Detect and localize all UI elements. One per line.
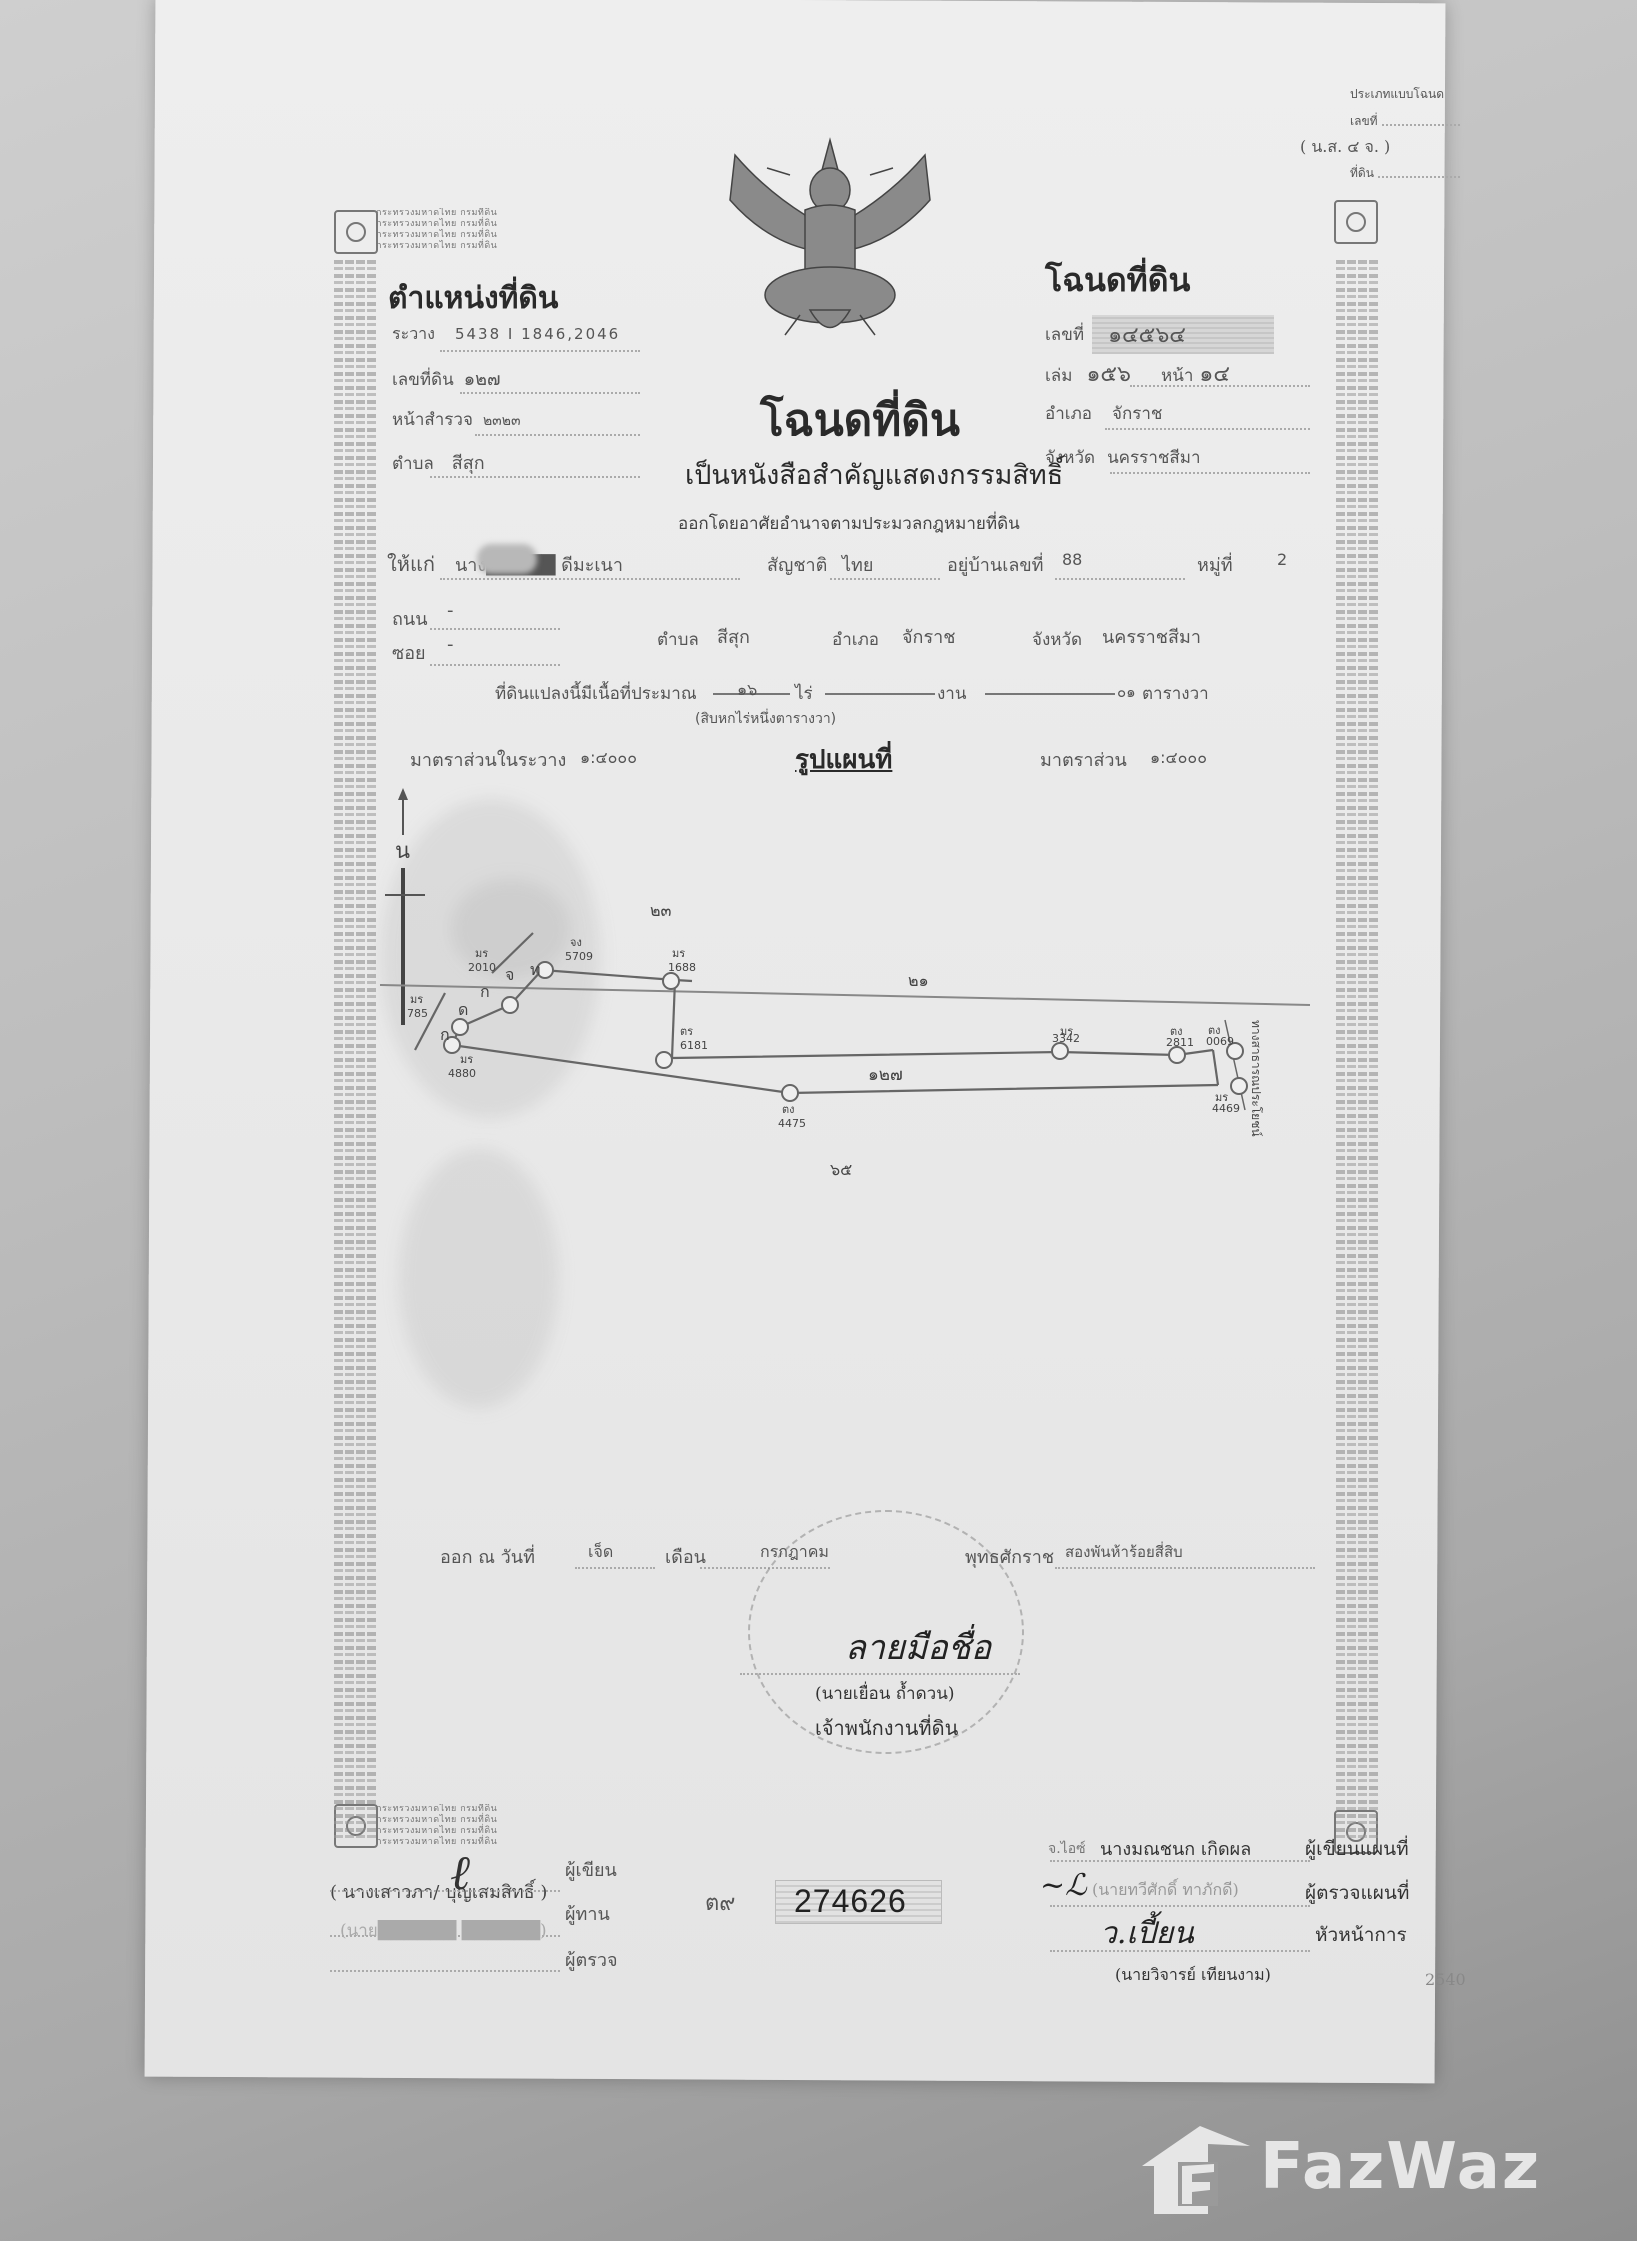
boundary-marker-icons xyxy=(444,962,1247,1101)
svg-text:ด: ด xyxy=(458,1000,468,1019)
parcel-map: น มร 2010 มร 785 มร 4880 จง 5709 มร 1688… xyxy=(380,780,1320,1240)
deed-fields: เลขที่ ๑๔๕๖๔ เล่ม ๑๕๖ หน้า ๑๔ อำเภอ จักร… xyxy=(1045,312,1315,488)
reader-role: ผู้ทาน xyxy=(565,1899,610,1928)
location-heading: ตำแหน่งที่ดิน xyxy=(388,275,558,322)
svg-text:3342: 3342 xyxy=(1052,1032,1080,1045)
moo-value: 2 xyxy=(1277,550,1287,569)
svg-text:785: 785 xyxy=(407,1007,428,1020)
mapper-prefix: จ.ไอซ์ xyxy=(1048,1838,1086,1860)
issuing-authority: ออกโดยอาศัยอำนาจตามประมวลกฎหมายที่ดิน xyxy=(678,510,1020,537)
deed-field-volume-page: เล่ม ๑๕๖ หน้า ๑๔ xyxy=(1045,356,1315,400)
deed-field-number: เลขที่ ๑๔๕๖๔ xyxy=(1045,312,1315,356)
svg-text:ตง: ตง xyxy=(782,1103,795,1116)
neighbor-east: ๒๑ xyxy=(908,971,929,990)
mapper-name: นางมณชนก เกิดผล xyxy=(1100,1834,1251,1863)
owner-district-value: จักราช xyxy=(902,622,955,651)
svg-text:มร: มร xyxy=(460,1053,473,1066)
location-field-sheet: ระวาง 5438 I 1846,2046 xyxy=(392,322,632,364)
document-subtitle: เป็นหนังสือสำคัญแสดงกรรมสิทธิ์ xyxy=(685,453,1063,496)
area-wa-value: ๐๑ xyxy=(1117,680,1136,704)
house-number-value: 88 xyxy=(1062,550,1082,569)
scale-value: ๑:๔๐๐๐ xyxy=(1150,746,1207,771)
survey-page-value: ๒๓๒๓ xyxy=(483,410,521,432)
corner-ornament-icon xyxy=(1334,200,1378,244)
bottom-left-signatures: ( นางเสาวภา/ บุญเสมสิทธิ์ ) ผู้เขียน (นา… xyxy=(330,1855,750,1985)
area-rai-value: ๑๖ xyxy=(737,678,757,703)
svg-text:ก: ก xyxy=(440,1025,450,1044)
svg-text:4880: 4880 xyxy=(448,1067,476,1080)
location-field-survey-page: หน้าสำรวจ ๒๓๒๓ xyxy=(392,406,632,448)
svg-text:ท: ท xyxy=(530,960,541,979)
svg-text:ตร: ตร xyxy=(680,1025,693,1038)
serial-number: 274626 xyxy=(794,1883,907,1920)
owner-subdistrict-value: สีสุก xyxy=(717,622,750,651)
svg-text:มร: มร xyxy=(672,947,685,960)
fazwaz-house-logo-icon xyxy=(1140,2118,1250,2218)
sheet-value: 5438 I 1846,2046 xyxy=(455,325,620,343)
writer-signature: ℓ xyxy=(450,1845,470,1901)
deed-field-province: จังหวัด นครราชสีมา xyxy=(1045,444,1315,488)
map-checker-role: ผู้ตรวจแผนที่ xyxy=(1305,1878,1409,1908)
form-type-label: ประเภทแบบโฉนด xyxy=(1350,85,1460,104)
svg-text:ก: ก xyxy=(480,982,490,1001)
subdistrict-value: สีสุก xyxy=(452,448,485,477)
reader-name: (นาย██████ ██████) xyxy=(340,1917,547,1944)
area-in-words: (สิบหกไร่หนึ่งตารางวา) xyxy=(695,708,836,730)
owner-province-value: นครราชสีมา xyxy=(1102,622,1201,651)
officer-name: (นายเยื่อน ถ้ำดวน) xyxy=(815,1680,954,1707)
stamp-year: 2540 xyxy=(1425,1970,1466,1989)
svg-text:4469: 4469 xyxy=(1212,1102,1240,1115)
bottom-right-signatures: จ.ไอซ์ นางมณชนก เกิดผล ผู้เขียนแผนที่ ~ℒ… xyxy=(1040,1820,1460,2000)
parcel-no-value: ๑๒๗ xyxy=(464,364,501,393)
area-row: ที่ดินแปลงนี้มีเนื้อที่ประมาณ ๑๖ ไร่ งาน… xyxy=(495,680,1255,740)
scale-row: มาตราส่วนในระวาง ๑:๔๐๐๐ รูปแผนที่ มาตราส… xyxy=(410,745,1290,785)
nationality-value: ไทย xyxy=(842,550,873,579)
volume-value: ๑๕๖ xyxy=(1086,356,1131,391)
svg-text:0069: 0069 xyxy=(1206,1035,1234,1048)
svg-text:5709: 5709 xyxy=(565,950,593,963)
svg-text:4475: 4475 xyxy=(778,1117,806,1130)
head-role: หัวหน้าการ xyxy=(1315,1920,1407,1950)
svg-text:มร: มร xyxy=(410,993,423,1006)
officer-title: เจ้าพนักงานที่ดิน xyxy=(815,1712,958,1744)
svg-text:1688: 1688 xyxy=(668,961,696,974)
garuda-emblem-icon xyxy=(705,130,955,345)
deed-field-district: อำเภอ จักราช xyxy=(1045,400,1315,444)
form-number-label: เลขที่ xyxy=(1350,112,1378,131)
address-rows: ถนน - ซอย - ตำบล สีสุก อำเภอ จักราช จังห… xyxy=(392,604,1292,664)
document-title: โฉนดที่ดิน xyxy=(760,385,960,455)
svg-text:2811: 2811 xyxy=(1166,1036,1194,1049)
road-value: - xyxy=(447,600,454,621)
svg-text:6181: 6181 xyxy=(680,1039,708,1052)
map-checker-signature: ~ℒ xyxy=(1040,1868,1087,1903)
mapper-role: ผู้เขียนแผนที่ xyxy=(1305,1834,1409,1864)
location-fields: ระวาง 5438 I 1846,2046 เลขที่ดิน ๑๒๗ หน้… xyxy=(392,322,632,490)
road-label: ทางสาธารณประโยชน์ xyxy=(1249,1020,1263,1137)
province-value: นครราชสีมา xyxy=(1107,444,1200,471)
map-section-title: รูปแผนที่ xyxy=(795,739,892,780)
map-scale-value: ๑:๔๐๐๐ xyxy=(580,746,637,771)
fazwaz-watermark: FazWaz xyxy=(1140,2110,1620,2220)
svg-text:จ: จ xyxy=(505,965,514,984)
deed-heading: โฉนดที่ดิน xyxy=(1045,255,1190,306)
head-name: (นายวิจารย์ เทียนงาม) xyxy=(1115,1963,1271,1988)
fazwaz-brand-text: FazWaz xyxy=(1260,2130,1541,2204)
writer-role: ผู้เขียน xyxy=(565,1855,617,1884)
form-land-label: ที่ดิน xyxy=(1350,164,1374,183)
border-pattern-left xyxy=(334,260,378,1840)
serial-number-box: 274626 xyxy=(775,1880,942,1924)
deed-number-value: ๑๔๕๖๔ xyxy=(1092,315,1274,354)
form-code: ( น.ส. ๔ จ. ) xyxy=(1300,135,1460,160)
issue-day-value: เจ็ด xyxy=(588,1540,613,1565)
owner-row: ให้แก่ นาง█████ ดีมะเนา สัญชาติ ไทย อยู่… xyxy=(387,548,1287,588)
soi-value: - xyxy=(447,634,454,655)
parcel-number: ๑๒๗ xyxy=(868,1065,903,1085)
checker-role: ผู้ตรวจ xyxy=(565,1945,618,1974)
neighbor-north: ๒๓ xyxy=(650,901,672,920)
serial-prefix: ต๙ xyxy=(705,1885,735,1920)
form-code-box: ประเภทแบบโฉนด เลขที่ ( น.ส. ๔ จ. ) ที่ดิ… xyxy=(1300,85,1460,183)
svg-text:มร: มร xyxy=(475,947,488,960)
location-field-parcel-no: เลขที่ดิน ๑๒๗ xyxy=(392,364,632,406)
north-arrow-icon xyxy=(385,788,425,1025)
location-field-subdistrict: ตำบล สีสุก xyxy=(392,448,632,490)
corner-ornament-icon xyxy=(334,210,378,254)
svg-text:จง: จง xyxy=(570,936,582,949)
district-value: จักราช xyxy=(1112,400,1162,427)
issue-year-value: สองพันห้าร้อยสี่สิบ xyxy=(1065,1540,1183,1564)
border-pattern-right xyxy=(1336,260,1380,1840)
north-label: น xyxy=(395,839,410,864)
map-checker-name: (นายทวีศักดิ์ ทาภักดี) xyxy=(1092,1878,1239,1903)
svg-text:2010: 2010 xyxy=(468,961,496,974)
neighbor-south: ๖๕ xyxy=(830,1160,852,1179)
officer-signature: ลายมือชื่อ xyxy=(845,1620,991,1674)
redacted-blur xyxy=(477,544,537,574)
